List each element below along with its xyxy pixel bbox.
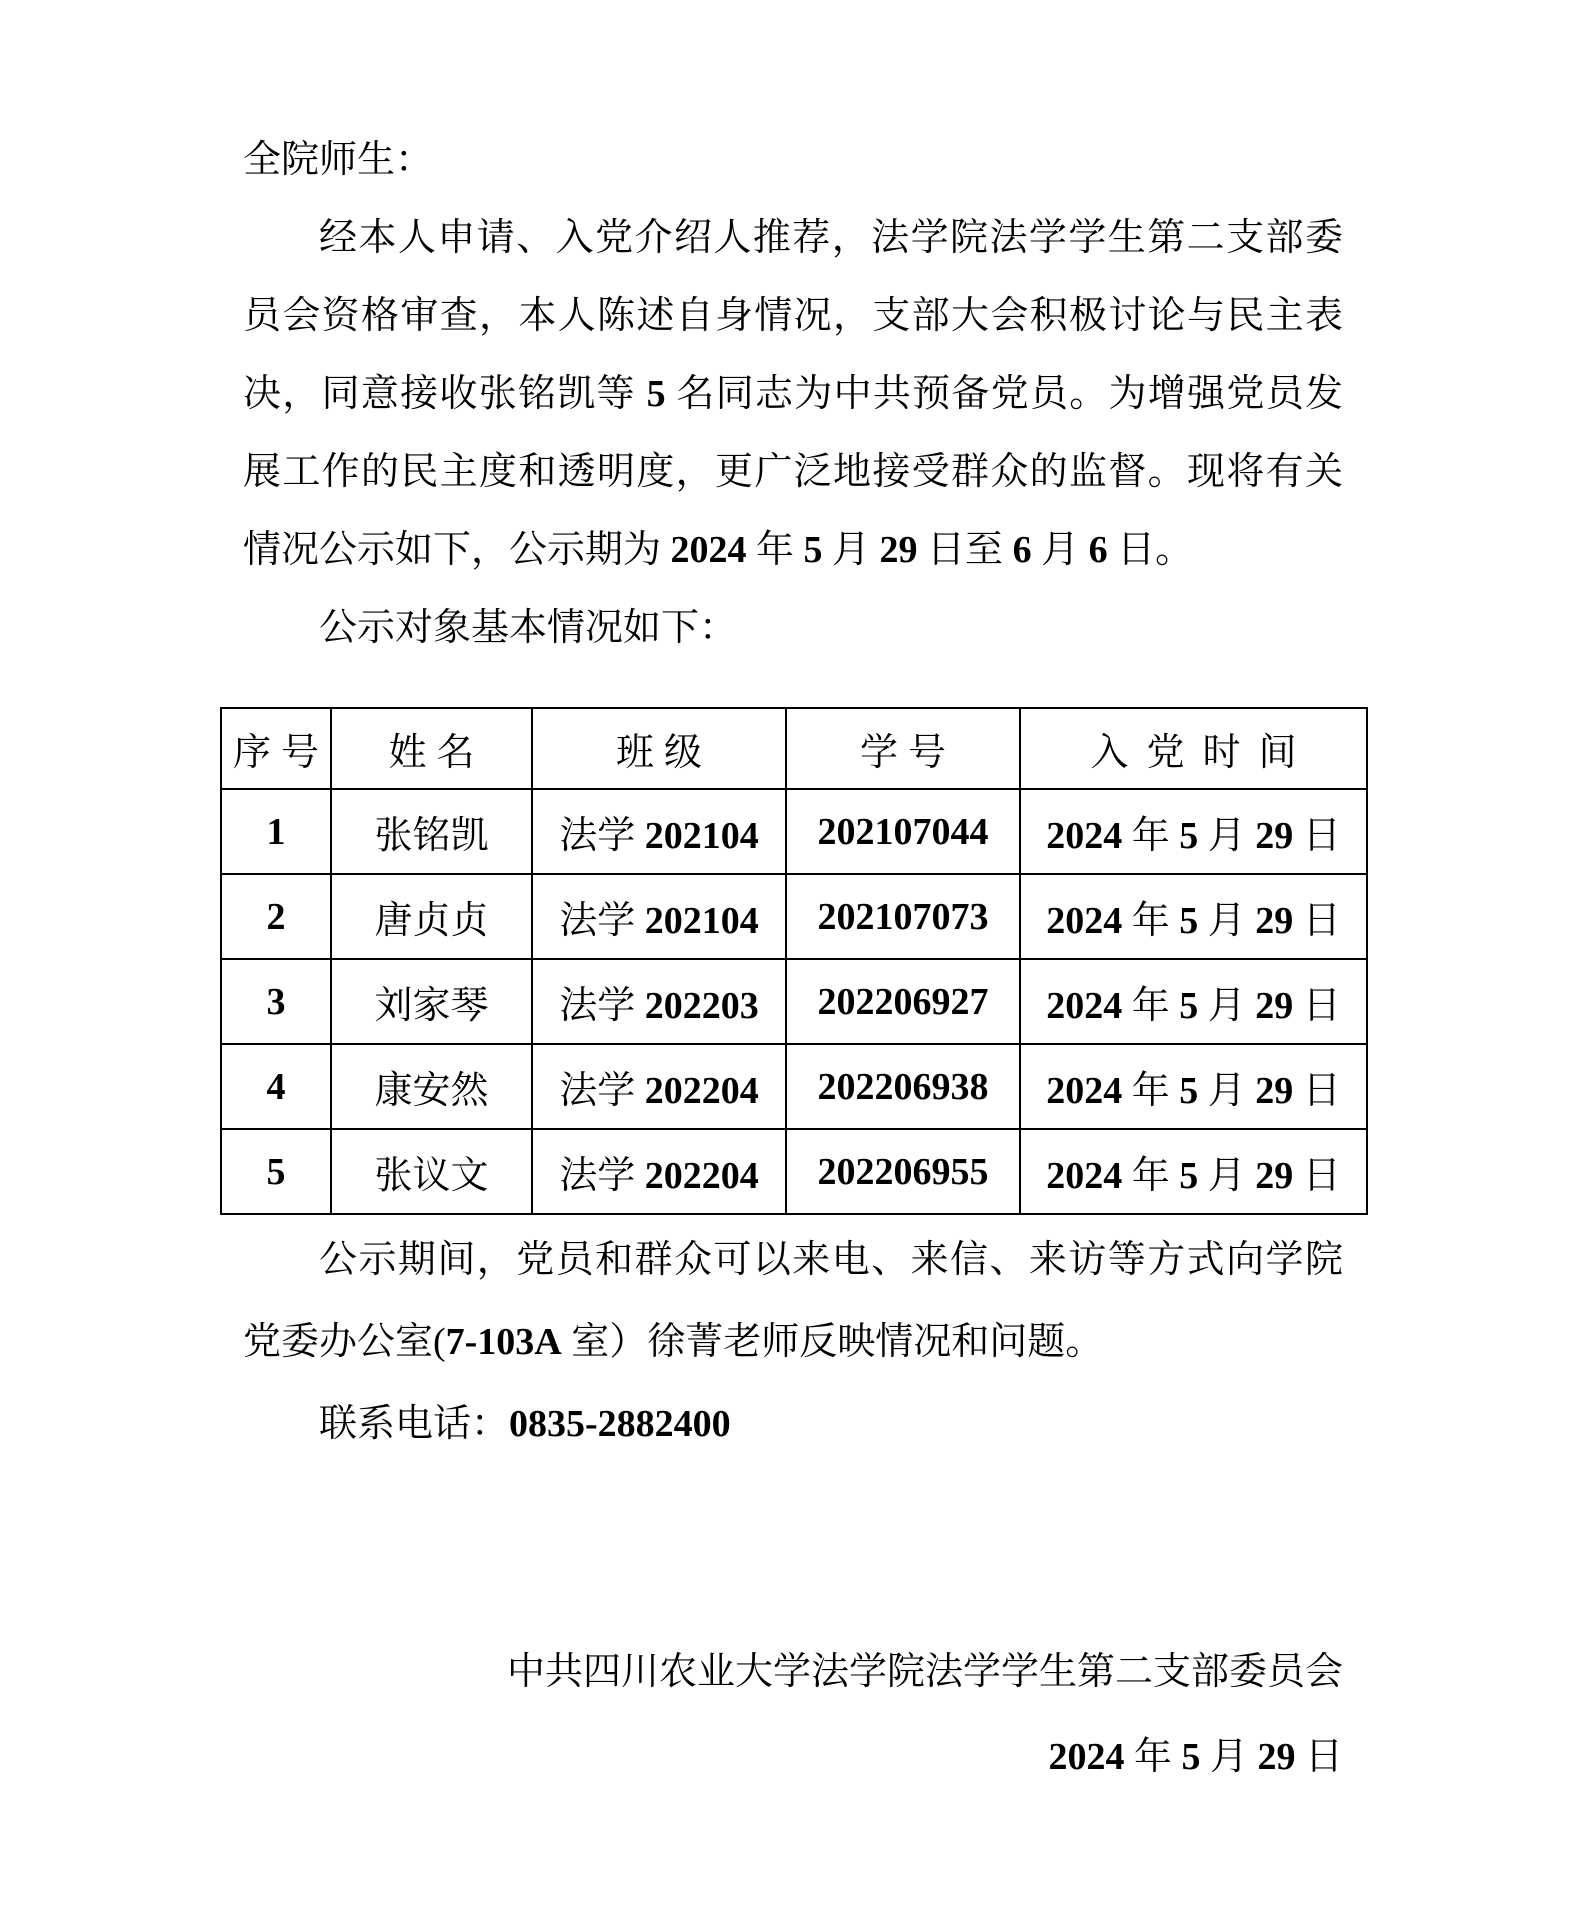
table-cell: 张议文 xyxy=(331,1129,532,1214)
number-segment: 5 xyxy=(1179,1070,1198,1112)
number-segment: 7-103A xyxy=(446,1321,562,1363)
text-segment: 康安然 xyxy=(374,1070,488,1112)
text-segment: 情况公示如下，公示期为 xyxy=(243,529,671,571)
text-segment: 法学 xyxy=(559,900,645,942)
number-segment: 5 xyxy=(1179,1155,1198,1197)
number-segment: 202206938 xyxy=(818,1066,989,1108)
text-segment: 法学 xyxy=(559,815,645,857)
number-segment: 5 xyxy=(1179,815,1198,857)
table-cell: 康安然 xyxy=(331,1044,532,1129)
text-segment: 法学 xyxy=(559,985,645,1027)
text-segment: 经本人申请、入党介绍人推荐，法学院法学学生第二支部委 xyxy=(319,217,1343,259)
table-cell: 法学 202203 xyxy=(532,959,786,1044)
table-header-row: 序号 姓名 班级 学号 入党时间 xyxy=(221,708,1367,789)
table-cell: 1 xyxy=(221,789,331,874)
number-segment: 202203 xyxy=(645,985,759,1027)
text-segment: 月 xyxy=(1198,985,1255,1027)
text-segment: 月 xyxy=(1200,1736,1257,1778)
number-segment: 2024 xyxy=(671,529,747,571)
text-segment: 年 xyxy=(1122,985,1179,1027)
table-cell: 2024 年 5 月 29 日 xyxy=(1020,1044,1367,1129)
table-cell: 2024 年 5 月 29 日 xyxy=(1020,874,1367,959)
table-cell: 2024 年 5 月 29 日 xyxy=(1020,1129,1367,1214)
text-segment: 月 xyxy=(1032,529,1089,571)
header-text-no: 序号 xyxy=(233,732,329,774)
table-cell: 2024 年 5 月 29 日 xyxy=(1020,959,1367,1044)
table-row: 1张铭凯法学 2021042021070442024 年 5 月 29 日 xyxy=(221,789,1367,874)
candidates-table: 序号 姓名 班级 学号 入党时间 1张铭凯法学 2021042021070442… xyxy=(220,707,1368,1215)
table-cell: 刘家琴 xyxy=(331,959,532,1044)
number-segment: 29 xyxy=(1255,1070,1293,1112)
number-segment: 29 xyxy=(1255,1155,1293,1197)
table-row: 4康安然法学 2022042022069382024 年 5 月 29 日 xyxy=(221,1044,1367,1129)
table-cell: 202206955 xyxy=(786,1129,1020,1214)
number-segment: 2024 xyxy=(1048,1736,1124,1778)
text-segment: 年 xyxy=(1122,1070,1179,1112)
number-segment: 2024 xyxy=(1046,900,1122,942)
text-segment: 月 xyxy=(1198,1070,1255,1112)
date-line: 2024 年 5 月 29 日 xyxy=(243,1716,1343,1798)
text-segment: 联系电话： xyxy=(319,1403,509,1445)
paragraph-line: 决，同意接收张铭凯等 5 名同志为中共预备党员。为增强党员发 xyxy=(243,355,1343,433)
number-segment: 5 xyxy=(647,373,666,415)
text-segment: 日 xyxy=(1293,985,1341,1027)
table-cell: 唐贞贞 xyxy=(331,874,532,959)
number-segment: 4 xyxy=(267,1066,286,1108)
header-text-join-date: 入党时间 xyxy=(1090,732,1314,774)
text-segment: 日 xyxy=(1293,1070,1341,1112)
text-segment: 室）徐菁老师反映情况和问题。 xyxy=(562,1321,1104,1363)
text-segment: 日 xyxy=(1295,1736,1343,1778)
table-cell: 3 xyxy=(221,959,331,1044)
header-text-class: 班级 xyxy=(616,732,712,774)
paragraph-line: 员会资格审查，本人陈述自身情况，支部大会积极讨论与民主表 xyxy=(243,277,1343,355)
text-segment: 年 xyxy=(1122,900,1179,942)
text-segment: 决，同意接收张铭凯等 xyxy=(243,373,647,415)
table-intro-line: 公示对象基本情况如下： xyxy=(243,589,1343,667)
number-segment: 5 xyxy=(1181,1736,1200,1778)
table-cell: 2 xyxy=(221,874,331,959)
table-cell: 4 xyxy=(221,1044,331,1129)
text-segment: 展工作的民主度和透明度，更广泛地接受群众的监督。现将有关 xyxy=(243,451,1343,493)
number-segment: 6 xyxy=(1089,529,1108,571)
text-segment: 年 xyxy=(1122,1155,1179,1197)
number-segment: 202206955 xyxy=(818,1151,989,1193)
number-segment: 3 xyxy=(267,981,286,1023)
table-cell: 202107073 xyxy=(786,874,1020,959)
paragraph-line: 经本人申请、入党介绍人推荐，法学院法学学生第二支部委 xyxy=(243,199,1343,277)
body-paragraph: 经本人申请、入党介绍人推荐，法学院法学学生第二支部委员会资格审查，本人陈述自身情… xyxy=(243,199,1343,589)
text-segment: 月 xyxy=(823,529,880,571)
document-page: 全院师生： 经本人申请、入党介绍人推荐，法学院法学学生第二支部委员会资格审查，本… xyxy=(0,0,1586,1919)
text-segment: 月 xyxy=(1198,815,1255,857)
number-segment: 5 xyxy=(1179,900,1198,942)
header-text-student-id: 学号 xyxy=(860,732,956,774)
number-segment: 2 xyxy=(267,896,286,938)
footer-line: 联系电话：0835-2882400 xyxy=(243,1383,1343,1465)
table-cell: 张铭凯 xyxy=(331,789,532,874)
text-segment: 公示期间，党员和群众可以来电、来信、来访等方式向学院 xyxy=(319,1239,1343,1281)
number-segment: 29 xyxy=(1255,815,1293,857)
text-segment: 党委办公室( xyxy=(243,1321,446,1363)
table-header-cell: 入党时间 xyxy=(1020,708,1367,789)
text-segment: 月 xyxy=(1198,900,1255,942)
number-segment: 2024 xyxy=(1046,985,1122,1027)
number-segment: 202107073 xyxy=(818,896,989,938)
table-cell: 法学 202204 xyxy=(532,1044,786,1129)
footer-line: 党委办公室(7-103A 室）徐菁老师反映情况和问题。 xyxy=(243,1301,1343,1383)
footer-line: 公示期间，党员和群众可以来电、来信、来访等方式向学院 xyxy=(243,1219,1343,1301)
table-cell: 法学 202104 xyxy=(532,789,786,874)
text-segment: 年 xyxy=(1122,815,1179,857)
signature-line: 中共四川农业大学法学院法学学生第二支部委员会 xyxy=(243,1631,1343,1713)
number-segment: 202104 xyxy=(645,815,759,857)
text-segment: 法学 xyxy=(559,1070,645,1112)
header-text-name: 姓名 xyxy=(388,732,484,774)
table-cell: 法学 202104 xyxy=(532,874,786,959)
number-segment: 202107044 xyxy=(818,811,989,853)
footer-paragraph: 公示期间，党员和群众可以来电、来信、来访等方式向学院党委办公室(7-103A 室… xyxy=(243,1219,1343,1465)
number-segment: 1 xyxy=(267,811,286,853)
text-segment: 日 xyxy=(1293,815,1341,857)
number-segment: 202206927 xyxy=(818,981,989,1023)
number-segment: 5 xyxy=(1179,985,1198,1027)
number-segment: 29 xyxy=(1255,985,1293,1027)
table-cell: 法学 202204 xyxy=(532,1129,786,1214)
text-segment: 年 xyxy=(1124,1736,1181,1778)
number-segment: 2024 xyxy=(1046,815,1122,857)
text-segment: 张议文 xyxy=(374,1155,488,1197)
text-segment: 年 xyxy=(747,529,804,571)
text-segment: 刘家琴 xyxy=(374,985,488,1027)
paragraph-line: 展工作的民主度和透明度，更广泛地接受群众的监督。现将有关 xyxy=(243,433,1343,511)
table-row: 2唐贞贞法学 2021042021070732024 年 5 月 29 日 xyxy=(221,874,1367,959)
number-segment: 29 xyxy=(1255,900,1293,942)
table-cell: 202206927 xyxy=(786,959,1020,1044)
table-cell: 5 xyxy=(221,1129,331,1214)
number-segment: 6 xyxy=(1013,529,1032,571)
table-header-cell: 序号 xyxy=(221,708,331,789)
number-segment: 202204 xyxy=(645,1155,759,1197)
text-segment: 日至 xyxy=(918,529,1013,571)
text-segment: 日 xyxy=(1293,1155,1341,1197)
table-cell: 202206938 xyxy=(786,1044,1020,1129)
text-segment: 张铭凯 xyxy=(374,815,488,857)
number-segment: 2024 xyxy=(1046,1070,1122,1112)
number-segment: 29 xyxy=(880,529,918,571)
number-segment: 202204 xyxy=(645,1070,759,1112)
number-segment: 5 xyxy=(804,529,823,571)
text-segment: 日。 xyxy=(1108,529,1194,571)
number-segment: 202104 xyxy=(645,900,759,942)
number-segment: 0835-2882400 xyxy=(509,1403,731,1445)
text-segment: 月 xyxy=(1198,1155,1255,1197)
salutation-line: 全院师生： xyxy=(243,121,1343,199)
paragraph-line: 情况公示如下，公示期为 2024 年 5 月 29 日至 6 月 6 日。 xyxy=(243,511,1343,589)
text-segment: 员会资格审查，本人陈述自身情况，支部大会积极讨论与民主表 xyxy=(243,295,1343,337)
text-segment: 日 xyxy=(1293,900,1341,942)
text-segment: 法学 xyxy=(559,1155,645,1197)
table-header-cell: 班级 xyxy=(532,708,786,789)
number-segment: 5 xyxy=(267,1151,286,1193)
text-segment: 名同志为中共预备党员。为增强党员发 xyxy=(666,373,1343,415)
table-header-cell: 学号 xyxy=(786,708,1020,789)
table-row: 3刘家琴法学 2022032022069272024 年 5 月 29 日 xyxy=(221,959,1367,1044)
number-segment: 29 xyxy=(1257,1736,1295,1778)
table-row: 5张议文法学 2022042022069552024 年 5 月 29 日 xyxy=(221,1129,1367,1214)
number-segment: 2024 xyxy=(1046,1155,1122,1197)
text-segment: 唐贞贞 xyxy=(374,900,488,942)
table-cell: 202107044 xyxy=(786,789,1020,874)
table-header-cell: 姓名 xyxy=(331,708,532,789)
table-cell: 2024 年 5 月 29 日 xyxy=(1020,789,1367,874)
